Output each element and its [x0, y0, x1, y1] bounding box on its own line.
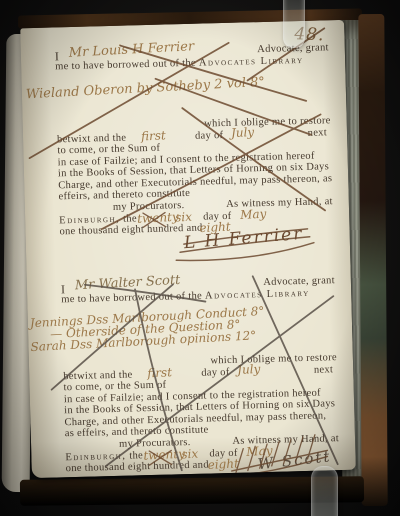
form2-next-word: next — [314, 364, 334, 376]
plastic-page-clip-top — [283, 0, 305, 48]
form1-book-entry: Wieland Oberon by Sotheby 2 vol 8° — [26, 75, 266, 102]
form2-borrower-name: Mr Walter Scott — [75, 273, 181, 294]
form2-year-word: eight — [207, 456, 239, 472]
form1-next-word: next — [308, 127, 328, 139]
form1-day-word: first — [141, 128, 166, 143]
form1-month-word: July — [231, 125, 255, 140]
form2-year-line: one thousand eight hundred and — [66, 460, 209, 475]
form2-month-word: July — [237, 362, 261, 377]
form1-borrowed-pre: me to have borrowed out of the — [55, 58, 196, 73]
plastic-page-clip-bottom — [311, 466, 338, 516]
form2-the: the — [129, 450, 143, 461]
form1-year-line: one thousand eight hundred and — [59, 223, 202, 238]
form1-date-month: May — [240, 207, 267, 222]
form2-day-word: first — [147, 365, 172, 380]
photograph-of-register-page: 48. I Mr Louis H Ferrier Advocate, grant… — [0, 0, 400, 516]
form1-library-label: Advocates Library — [199, 55, 304, 69]
form2-advocate-grant: Advocate, grant — [263, 275, 335, 288]
form2-borrowed-pre: me to have borrowed out of the — [61, 291, 202, 306]
form2-library-label: Advocates Library — [205, 288, 310, 302]
book-cover-right-board — [358, 14, 387, 506]
form1-the: the — [123, 213, 137, 224]
form2-day-of: day of — [201, 367, 230, 379]
form1-day-of: day of — [195, 130, 224, 142]
register-page: 48. I Mr Louis H Ferrier Advocate, grant… — [20, 20, 356, 478]
